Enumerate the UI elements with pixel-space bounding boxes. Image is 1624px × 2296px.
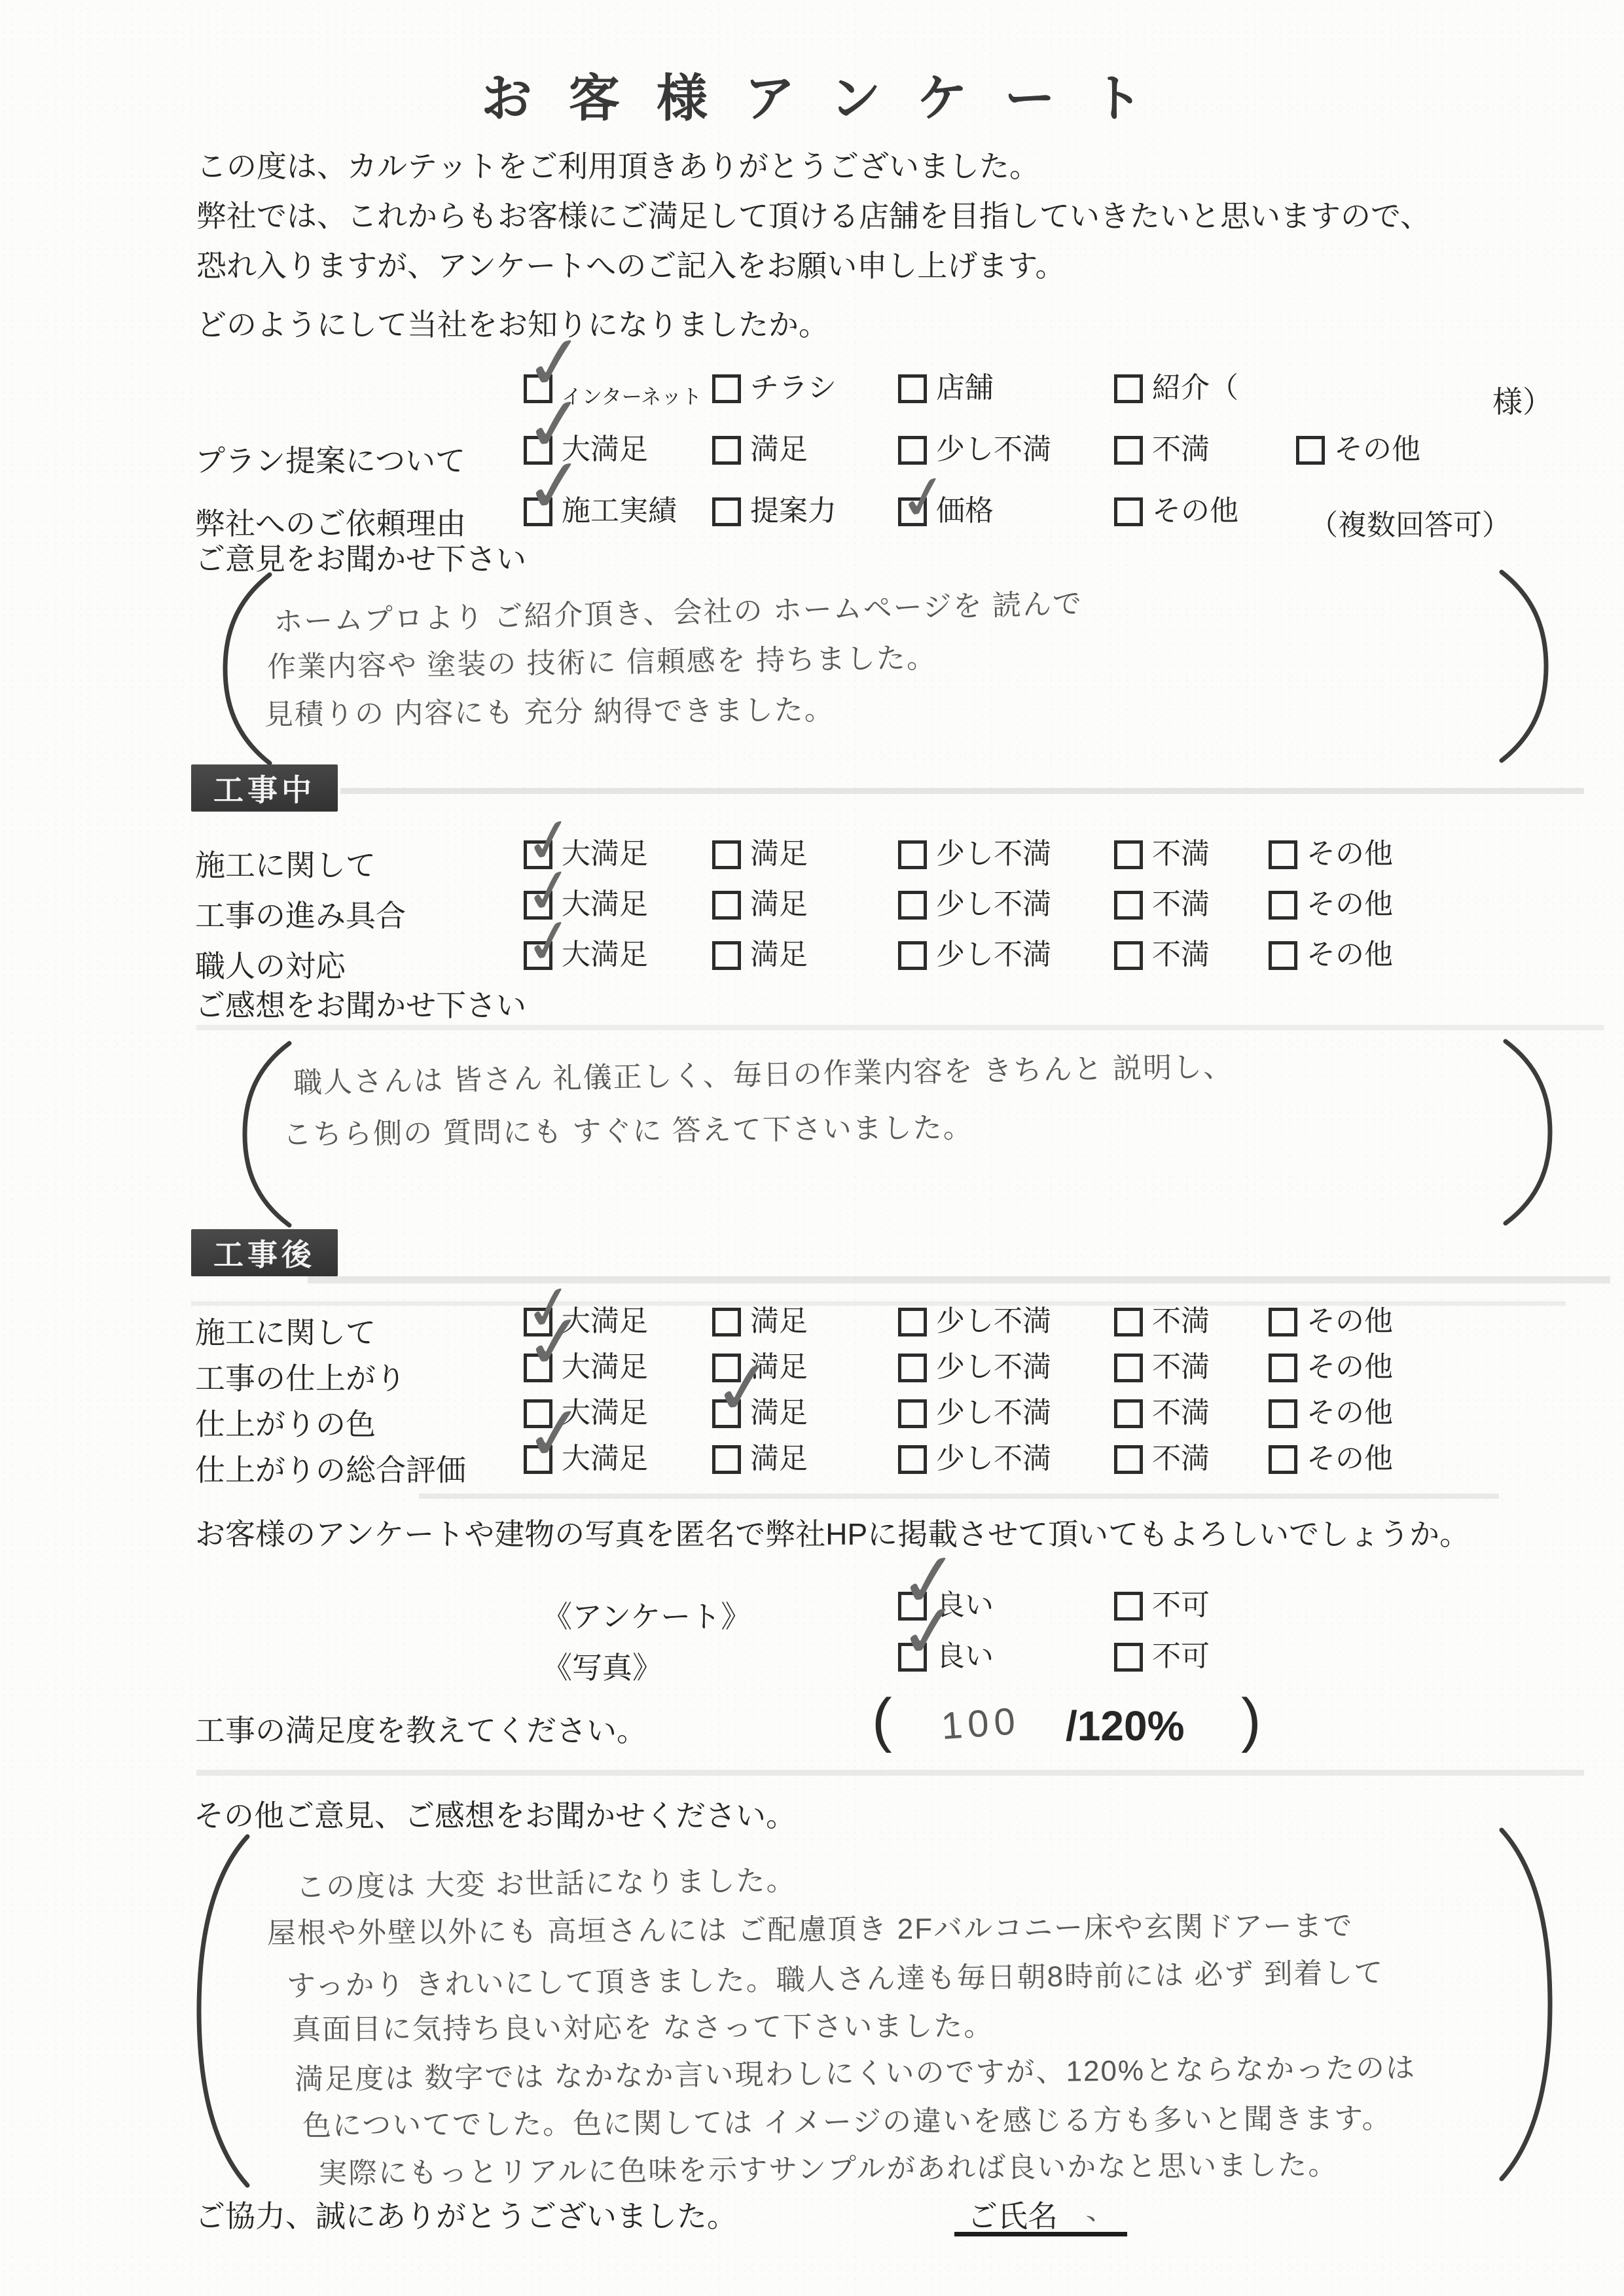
checkbox-after-iro-sukoshifuman[interactable] (898, 1399, 927, 1428)
during-shokunin-sukoshifuman: 少し不満 (898, 939, 1051, 971)
intro-line-3: 恐れ入りますが、アンケートへのご記入をお願い申し上げます。 (196, 242, 1066, 285)
reason-option-label: 提案力 (750, 495, 837, 528)
option-label: 満足 (750, 1305, 808, 1338)
satisfaction-paren-close: ) (1241, 1690, 1261, 1750)
reason-option-kakaku: 価格 (898, 495, 994, 528)
option-label: その他 (1307, 1443, 1393, 1475)
plan-option-label: 不満 (1152, 433, 1210, 466)
during-susumi-fuman: 不満 (1114, 888, 1210, 921)
after-sougou-fuman: 不満 (1114, 1443, 1210, 1475)
other-handwriting-line: 満足度は 数字では なかなか言い現わしにくいのですが、120%とならなかったのは (295, 2044, 1416, 2098)
checkbox-after-sougou-manzoku[interactable] (712, 1445, 741, 1474)
satisfaction-label: 工事の満足度を教えてください。 (195, 1707, 647, 1750)
scan-artifact (419, 1494, 1499, 1499)
publish-survey-bad: 不可 (1114, 1589, 1210, 1622)
handdrawn-bracket-right (1494, 1826, 1558, 2183)
checkbox-plan-sonota[interactable] (1296, 436, 1325, 465)
checkbox-during-sekou-fuman[interactable] (1114, 840, 1143, 869)
plan-option-label: 満足 (750, 433, 808, 466)
scan-artifact (196, 1770, 1584, 1776)
question-publish: お客様のアンケートや建物の写真を匿名で弊社HPに掲載させて頂いてもよろしいでしょ… (195, 1511, 1470, 1554)
scan-artifact (308, 1276, 1610, 1283)
checkbox-after-sougou-sukoshifuman[interactable] (898, 1445, 927, 1474)
checkbox-after-shiagari-daimanzoku[interactable] (524, 1354, 552, 1382)
checkbox-during-shokunin-fuman[interactable] (1114, 941, 1143, 970)
during-susumi-sonota: その他 (1269, 888, 1393, 921)
option-store-label: 店舗 (936, 372, 994, 404)
option-label: 満足 (750, 888, 808, 921)
publish-photo-good: 良い (898, 1640, 994, 1673)
handdrawn-bracket-right (1494, 568, 1554, 764)
checkbox-after-sekou-sonota[interactable] (1269, 1308, 1297, 1336)
checkbox-after-iro-manzoku[interactable] (712, 1399, 741, 1428)
checkbox-reason-teian[interactable] (712, 497, 741, 526)
option-flyer: チラシ (712, 372, 837, 404)
after-sougou-manzoku: 満足 (712, 1443, 808, 1475)
during-susumi-sukoshifuman: 少し不満 (898, 888, 1051, 921)
checkbox-after-sougou-sonota[interactable] (1269, 1445, 1297, 1474)
referral-suffix: 様） (1492, 378, 1553, 422)
checkbox-during-shokunin-sukoshifuman[interactable] (898, 941, 927, 970)
after-sekou-sonota: その他 (1269, 1305, 1393, 1338)
plan-option-label: 少し不満 (936, 433, 1051, 466)
other-handwriting-line: 屋根や外壁以外にも 高垣さんには ご配慮頂き 2Fバルコニー床や玄関ドアーまで (267, 1902, 1354, 1952)
during-sekou-manzoku: 満足 (712, 838, 808, 870)
option-label: 満足 (750, 838, 808, 870)
checkbox-during-shokunin-sonota[interactable] (1269, 941, 1297, 970)
other-handwriting-line: この度は 大変 お世話になりました。 (296, 1857, 797, 1906)
option-label: 少し不満 (936, 1443, 1051, 1475)
option-label: その他 (1307, 838, 1393, 870)
intro-line-1: この度は、カルテットをご利用頂きありがとうございました。 (196, 143, 1039, 186)
handdrawn-bracket-right (1498, 1037, 1558, 1227)
option-label: 不満 (1152, 939, 1210, 971)
option-label: 少し不満 (936, 1351, 1051, 1384)
satisfaction-denominator: /120% (1066, 1702, 1184, 1750)
after-iro-fuman: 不満 (1114, 1397, 1210, 1429)
question-plan-label: プラン提案について (195, 437, 465, 480)
during-handwriting-line: 職人さんは 皆さん 礼儀正しく、毎日の作業内容を きちんと 説明し、 (293, 1043, 1234, 1101)
option-label: その他 (1307, 1351, 1393, 1384)
checkbox-reason-jisseki[interactable] (524, 497, 552, 526)
publish-row-label: 《アンケート》 (542, 1593, 751, 1636)
checkbox-publish-photo-bad[interactable] (1114, 1643, 1143, 1672)
option-label: 不満 (1152, 838, 1210, 870)
during-row-label: 工事の進み具合 (195, 892, 406, 935)
after-row-label: 工事の仕上がり (195, 1355, 406, 1398)
option-label: その他 (1307, 939, 1393, 971)
after-iro-sukoshifuman: 少し不満 (898, 1397, 1051, 1429)
checkbox-after-sougou-fuman[interactable] (1114, 1445, 1143, 1474)
during-shokunin-daimanzoku: 大満足 (524, 939, 648, 971)
after-iro-manzoku: 満足 (712, 1397, 808, 1429)
publish-photo-bad: 不可 (1114, 1640, 1210, 1673)
name-label: ご氏名 (967, 2193, 1058, 2236)
checkbox-reason-kakaku[interactable] (898, 497, 927, 526)
during-sekou-fuman: 不満 (1114, 838, 1210, 870)
after-iro-sonota: その他 (1269, 1397, 1393, 1429)
option-label: 不可 (1152, 1640, 1210, 1673)
checkbox-after-shiagari-fuman[interactable] (1114, 1354, 1143, 1382)
plan-option-sonota: その他 (1296, 433, 1420, 466)
checkbox-publish-survey-bad[interactable] (1114, 1592, 1143, 1621)
name-underline (954, 2232, 1127, 2236)
checkbox-during-shokunin-manzoku[interactable] (712, 941, 741, 970)
section-header-after: 工事後 (191, 1229, 338, 1276)
reason-note: （複数回答可） (1309, 501, 1511, 543)
plan-option-fuman: 不満 (1114, 433, 1210, 466)
name-handwritten-mark: 、 (1080, 2185, 1115, 2229)
option-label: 少し不満 (936, 888, 1051, 921)
checkbox-plan-fuman[interactable] (1114, 436, 1143, 465)
checkbox-referral[interactable] (1114, 374, 1143, 403)
option-label: 不満 (1152, 888, 1210, 921)
checkbox-plan-manzoku[interactable] (712, 436, 741, 465)
other-handwriting-line: 色についてでした。色に関しては イメージの違いを感じる方も多いと聞きます。 (302, 2094, 1392, 2144)
checkbox-after-sougou-daimanzoku[interactable] (524, 1445, 552, 1474)
during-shokunin-sonota: その他 (1269, 939, 1393, 971)
after-shiagari-daimanzoku: 大満足 (524, 1351, 648, 1384)
during-shokunin-manzoku: 満足 (712, 939, 808, 971)
during-sekou-sukoshifuman: 少し不満 (898, 838, 1051, 870)
survey-sheet: お客様アンケート この度は、カルテットをご利用頂きありがとうございました。 弊社… (0, 0, 1624, 2296)
option-label: 満足 (750, 1443, 808, 1475)
opinion-handwriting-line: 作業内容や 塗装の 技術に 信頼感を 持ちました。 (267, 634, 937, 685)
during-row-label: 施工に関して (195, 842, 376, 885)
option-referral: 紹介（ (1114, 372, 1238, 404)
plan-option-manzoku: 満足 (712, 433, 808, 466)
after-sekou-fuman: 不満 (1114, 1305, 1210, 1338)
during-sekou-sonota: その他 (1269, 838, 1393, 870)
option-label: 不可 (1152, 1589, 1210, 1622)
footer-thanks: ご協力、誠にありがとうございました。 (195, 2193, 737, 2236)
checkbox-store[interactable] (898, 374, 927, 403)
option-label: その他 (1307, 888, 1393, 921)
publish-row-label: 《写真》 (542, 1644, 662, 1687)
handdrawn-bracket-left (191, 1833, 255, 2189)
checkbox-during-shokunin-daimanzoku[interactable] (524, 941, 552, 970)
checkbox-during-susumi-sonota[interactable] (1269, 891, 1297, 920)
section-header-during: 工事中 (191, 764, 338, 812)
option-label: 不満 (1152, 1351, 1210, 1384)
reason-option-label: その他 (1152, 495, 1238, 528)
checkbox-after-shiagari-sonota[interactable] (1269, 1354, 1297, 1382)
option-label: 少し不満 (936, 838, 1051, 870)
reason-option-sonota: その他 (1114, 495, 1238, 528)
checkbox-during-susumi-manzoku[interactable] (712, 891, 741, 920)
option-label: 少し不満 (936, 1397, 1051, 1429)
other-handwriting-line: すっかり きれいにして頂きました。職人さん達も毎日朝8時前には 必ず 到着して (287, 1949, 1384, 2004)
checkbox-plan-sukoshifuman[interactable] (898, 436, 927, 465)
scan-artifact (196, 1025, 1604, 1030)
checkbox-after-sekou-sukoshifuman[interactable] (898, 1308, 927, 1336)
after-sougou-daimanzoku: 大満足 (524, 1443, 648, 1475)
option-label: 不満 (1152, 1305, 1210, 1338)
checkbox-after-iro-fuman[interactable] (1114, 1399, 1143, 1428)
after-sekou-sukoshifuman: 少し不満 (898, 1305, 1051, 1338)
option-store: 店舗 (898, 372, 994, 404)
during-susumi-manzoku: 満足 (712, 888, 808, 921)
checkbox-flyer[interactable] (712, 374, 741, 403)
option-flyer-label: チラシ (750, 372, 837, 404)
checkbox-after-shiagari-sukoshifuman[interactable] (898, 1354, 927, 1382)
checkbox-reason-sonota[interactable] (1114, 497, 1143, 526)
after-row-label: 施工に関して (195, 1309, 376, 1352)
option-label: 少し不満 (936, 939, 1051, 971)
satisfaction-paren-open: ( (872, 1690, 892, 1750)
checkbox-after-sekou-fuman[interactable] (1114, 1308, 1143, 1336)
after-sougou-sonota: その他 (1269, 1443, 1393, 1475)
opinion-handwriting-line: ホームプロより ご紹介頂き、会社の ホームページを 読んで (273, 580, 1083, 640)
after-row-label: 仕上がりの色 (195, 1401, 376, 1444)
checkbox-during-sekou-sonota[interactable] (1269, 840, 1297, 869)
other-handwriting-line: 実際にもっとリアルに色味を示すサンプルがあれば良いかなと思いました。 (318, 2141, 1339, 2192)
scan-artifact (340, 788, 1584, 794)
checkbox-during-sekou-sukoshifuman[interactable] (898, 840, 927, 869)
other-handwriting-line: 真面目に気持ち良い対応を なさって下さいました。 (292, 2002, 994, 2048)
checkbox-during-sekou-manzoku[interactable] (712, 840, 741, 869)
option-referral-label: 紹介（ (1152, 372, 1238, 404)
option-label: 満足 (750, 939, 808, 971)
after-shiagari-fuman: 不満 (1114, 1351, 1210, 1384)
during-row-label: 職人の対応 (195, 942, 346, 986)
after-row-label: 仕上がりの総合評価 (195, 1446, 466, 1490)
plan-option-label: その他 (1334, 433, 1420, 466)
checkbox-during-susumi-fuman[interactable] (1114, 891, 1143, 920)
reason-option-jisseki: 施工実績 (524, 495, 677, 528)
after-shiagari-sukoshifuman: 少し不満 (898, 1351, 1051, 1384)
checkbox-after-iro-sonota[interactable] (1269, 1399, 1297, 1428)
opinion-handwriting-line: 見積りの 内容にも 充分 納得できました。 (264, 686, 835, 733)
option-label: 不満 (1152, 1397, 1210, 1429)
reason-option-teian: 提案力 (712, 495, 837, 528)
option-label: 不満 (1152, 1443, 1210, 1475)
during-comment-label: ご感想をお聞かせ下さい (195, 982, 526, 1025)
satisfaction-value-handwritten: 100 (940, 1699, 1022, 1748)
checkbox-publish-photo-good[interactable] (898, 1643, 927, 1672)
during-handwriting-line: こちら側の 質問にも すぐに 答えて下さいました。 (283, 1103, 973, 1153)
page-title: お客様アンケート (0, 58, 1624, 131)
plan-option-sukoshifuman: 少し不満 (898, 433, 1051, 466)
after-sougou-sukoshifuman: 少し不満 (898, 1443, 1051, 1475)
after-shiagari-sonota: その他 (1269, 1351, 1393, 1384)
option-label: その他 (1307, 1305, 1393, 1338)
other-comments-label: その他ご意見、ご感想をお聞かせください。 (194, 1792, 796, 1835)
question-source: どのようにして当社をお知りになりましたか。 (196, 301, 829, 344)
after-sekou-manzoku: 満足 (712, 1305, 808, 1338)
option-label: 少し不満 (936, 1305, 1051, 1338)
checkbox-after-sekou-manzoku[interactable] (712, 1308, 741, 1336)
during-shokunin-fuman: 不満 (1114, 939, 1210, 971)
option-label: その他 (1307, 1397, 1393, 1429)
intro-line-2: 弊社では、これからもお客様にご満足して頂ける店舗を目指していきたいと思いますので… (196, 192, 1430, 236)
checkbox-during-susumi-sukoshifuman[interactable] (898, 891, 927, 920)
